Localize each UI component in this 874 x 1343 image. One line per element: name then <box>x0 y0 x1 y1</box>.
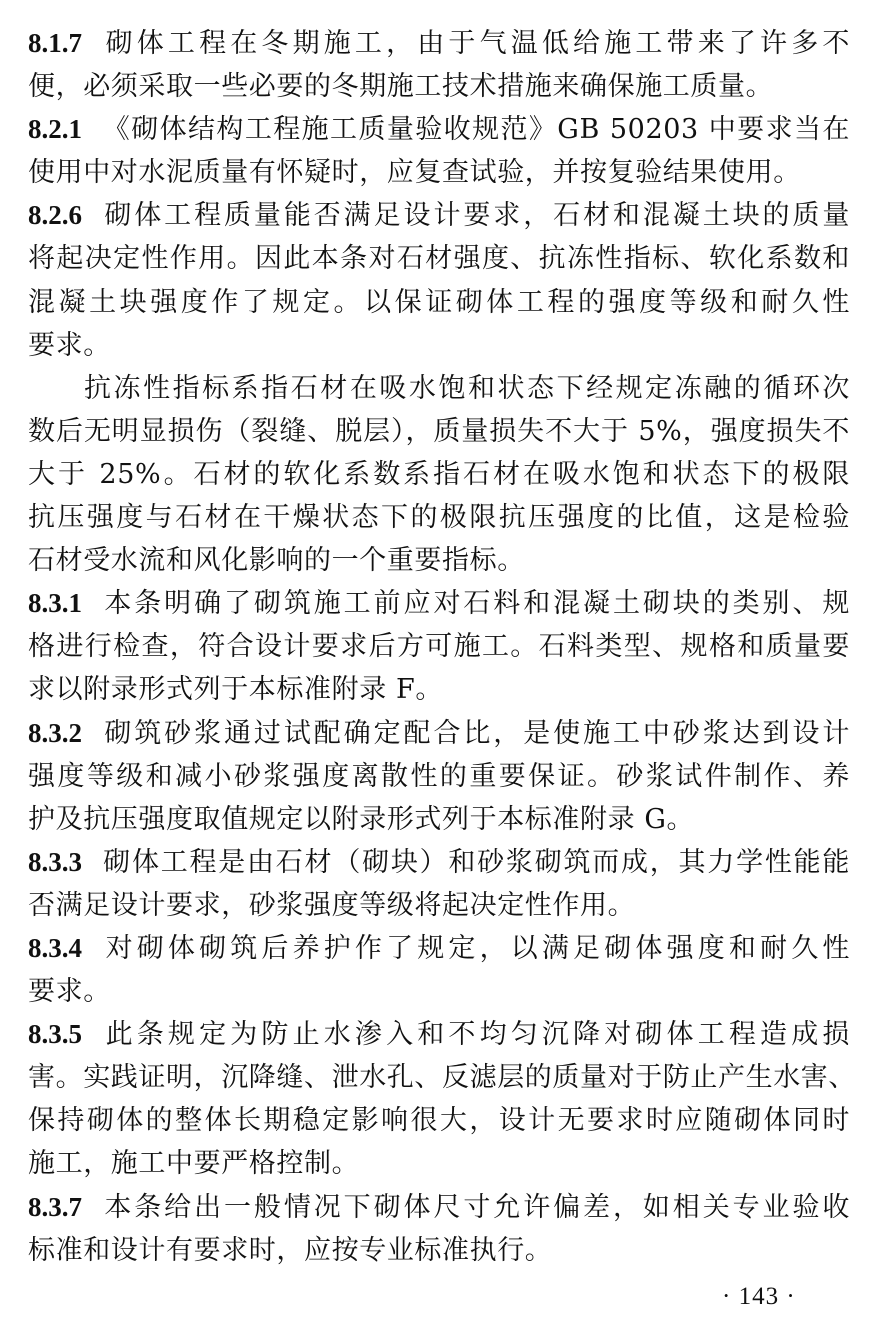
clause-line: 施工，施工中要严格控制。 <box>28 1142 850 1185</box>
clause-line: 将起决定性作用。因此本条对石材强度、抗冻性指标、软化系数和 <box>28 237 850 280</box>
clause-line: 8.1.7砌体工程在冬期施工，由于气温低给施工带来了许多不 <box>28 22 850 65</box>
page-number: · 143 · <box>722 1283 796 1311</box>
clause-line: 便，必须采取一些必要的冬期施工技术措施来确保施工质量。 <box>28 65 850 108</box>
clause-number: 8.3.2 <box>28 718 82 748</box>
clause-text: 砌筑砂浆通过试配确定配合比，是使施工中砂浆达到设计 <box>102 718 850 749</box>
clause-line: 求以附录形式列于本标准附录 F。 <box>28 668 850 711</box>
clause-number: 8.2.1 <box>28 114 82 144</box>
clause-number: 8.3.3 <box>28 847 82 877</box>
clause-8-3-5: 8.3.5此条规定为防止水渗入和不均匀沉降对砌体工程造成损 害。实践证明，沉降缝… <box>28 1013 850 1185</box>
clause-text: 本条给出一般情况下砌体尺寸允许偏差，如相关专业验收 <box>102 1192 850 1223</box>
clause-line: 8.3.7本条给出一般情况下砌体尺寸允许偏差，如相关专业验收 <box>28 1186 850 1229</box>
clause-8-3-7: 8.3.7本条给出一般情况下砌体尺寸允许偏差，如相关专业验收 标准和设计有要求时… <box>28 1186 850 1272</box>
clause-line: 护及抗压强度取值规定以附录形式列于本标准附录 G。 <box>28 798 850 841</box>
clause-number: 8.3.7 <box>28 1192 82 1222</box>
clause-8-2-1: 8.2.1《砌体结构工程施工质量验收规范》GB 50203 中要求当在 使用中对… <box>28 108 850 194</box>
clause-text: 《砌体结构工程施工质量验收规范》GB 50203 中要求当在 <box>102 114 850 145</box>
clause-line: 8.3.2砌筑砂浆通过试配确定配合比，是使施工中砂浆达到设计 <box>28 712 850 755</box>
clause-text: 本条明确了砌筑施工前应对石料和混凝土砌块的类别、规 <box>102 588 850 619</box>
clause-line: 8.3.1本条明确了砌筑施工前应对石料和混凝土砌块的类别、规 <box>28 582 850 625</box>
clause-text: 对砌体砌筑后养护作了规定，以满足砌体强度和耐久性 <box>102 933 850 964</box>
clause-number: 8.2.6 <box>28 200 82 230</box>
clause-8-3-4: 8.3.4对砌体砌筑后养护作了规定，以满足砌体强度和耐久性 要求。 <box>28 927 850 1013</box>
paragraph-line: 抗压强度与石材在干燥状态下的极限抗压强度的比值，这是检验 <box>28 496 850 539</box>
clause-line: 保持砌体的整体长期稳定影响很大，设计无要求时应随砌体同时 <box>28 1099 850 1142</box>
clause-number: 8.3.1 <box>28 588 82 618</box>
clause-8-3-3: 8.3.3砌体工程是由石材（砌块）和砂浆砌筑而成，其力学性能能 否满足设计要求，… <box>28 841 850 927</box>
clause-8-3-1: 8.3.1本条明确了砌筑施工前应对石料和混凝土砌块的类别、规 格进行检查，符合设… <box>28 582 850 711</box>
paragraph-line: 抗冻性指标系指石材在吸水饱和状态下经规定冻融的循环次 <box>28 367 850 410</box>
clause-line: 8.3.5此条规定为防止水渗入和不均匀沉降对砌体工程造成损 <box>28 1013 850 1056</box>
document-page: 8.1.7砌体工程在冬期施工，由于气温低给施工带来了许多不 便，必须采取一些必要… <box>28 22 850 1272</box>
clause-8-3-2: 8.3.2砌筑砂浆通过试配确定配合比，是使施工中砂浆达到设计 强度等级和减小砂浆… <box>28 712 850 841</box>
clause-text: 砌体工程是由石材（砌块）和砂浆砌筑而成，其力学性能能 <box>102 847 850 878</box>
paragraph-line: 大于 25%。石材的软化系数系指石材在吸水饱和状态下的极限 <box>28 453 850 496</box>
clause-8-1-7: 8.1.7砌体工程在冬期施工，由于气温低给施工带来了许多不 便，必须采取一些必要… <box>28 22 850 108</box>
clause-text: 砌体工程在冬期施工，由于气温低给施工带来了许多不 <box>102 28 850 59</box>
paragraph-line: 石材受水流和风化影响的一个重要指标。 <box>28 539 850 582</box>
clause-line: 要求。 <box>28 324 850 367</box>
clause-line: 强度等级和减小砂浆强度离散性的重要保证。砂浆试件制作、养 <box>28 755 850 798</box>
paragraph-line: 数后无明显损伤（裂缝、脱层），质量损失不大于 5%，强度损失不 <box>28 410 850 453</box>
clause-line: 混凝土块强度作了规定。以保证砌体工程的强度等级和耐久性 <box>28 281 850 324</box>
clause-line: 8.3.3砌体工程是由石材（砌块）和砂浆砌筑而成，其力学性能能 <box>28 841 850 884</box>
clause-line: 8.2.6砌体工程质量能否满足设计要求，石材和混凝土块的质量 <box>28 194 850 237</box>
clause-line: 害。实践证明，沉降缝、泄水孔、反滤层的质量对于防止产生水害、 <box>28 1056 850 1099</box>
clause-text: 此条规定为防止水渗入和不均匀沉降对砌体工程造成损 <box>102 1019 850 1050</box>
clause-line: 8.3.4对砌体砌筑后养护作了规定，以满足砌体强度和耐久性 <box>28 927 850 970</box>
clause-8-2-6: 8.2.6砌体工程质量能否满足设计要求，石材和混凝土块的质量 将起决定性作用。因… <box>28 194 850 582</box>
clause-number: 8.1.7 <box>28 28 82 58</box>
clause-line: 要求。 <box>28 970 850 1013</box>
clause-paragraph-frost-resistance: 抗冻性指标系指石材在吸水饱和状态下经规定冻融的循环次 数后无明显损伤（裂缝、脱层… <box>28 367 850 582</box>
clause-text: 砌体工程质量能否满足设计要求，石材和混凝土块的质量 <box>102 200 850 231</box>
clause-number: 8.3.4 <box>28 933 82 963</box>
clause-line: 标准和设计有要求时，应按专业标准执行。 <box>28 1229 850 1272</box>
clause-number: 8.3.5 <box>28 1019 82 1049</box>
clause-line: 使用中对水泥质量有怀疑时，应复查试验，并按复验结果使用。 <box>28 151 850 194</box>
clause-line: 否满足设计要求，砂浆强度等级将起决定性作用。 <box>28 884 850 927</box>
clause-line: 8.2.1《砌体结构工程施工质量验收规范》GB 50203 中要求当在 <box>28 108 850 151</box>
clause-line: 格进行检查，符合设计要求后方可施工。石料类型、规格和质量要 <box>28 625 850 668</box>
